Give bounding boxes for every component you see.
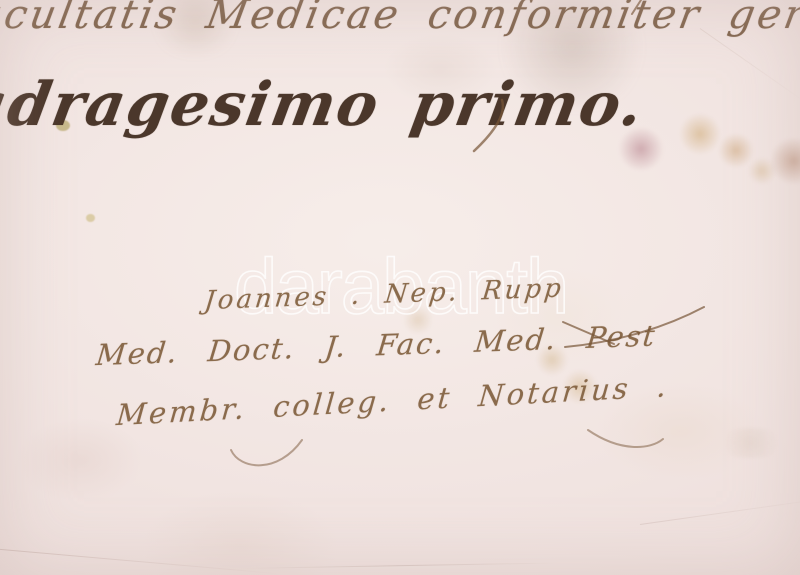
fleck-small [86, 214, 95, 222]
signature-role-line: Membr. colleg. et Notarius . [115, 369, 671, 432]
stain-tan-2 [718, 134, 754, 167]
crease-top-right [700, 28, 800, 103]
flourish-notarius-tail [588, 430, 663, 447]
crease-bottom-left [0, 548, 279, 574]
stain-tan-3 [748, 158, 776, 184]
stain-tan-1 [680, 113, 720, 155]
flourish-colleg-loop [231, 440, 302, 465]
latin-text-line-large: adragesimo primo. [0, 70, 650, 140]
stain-bottom-right [716, 428, 786, 458]
stain-edge-brown [770, 138, 800, 184]
manuscript-photo: acultatis Medicae conformiter gere adrag… [0, 0, 800, 575]
latin-text-line-top: acultatis Medicae conformiter gere [0, 0, 800, 38]
crease-bottom-center [240, 562, 560, 569]
crease-bottom-right [640, 496, 800, 525]
